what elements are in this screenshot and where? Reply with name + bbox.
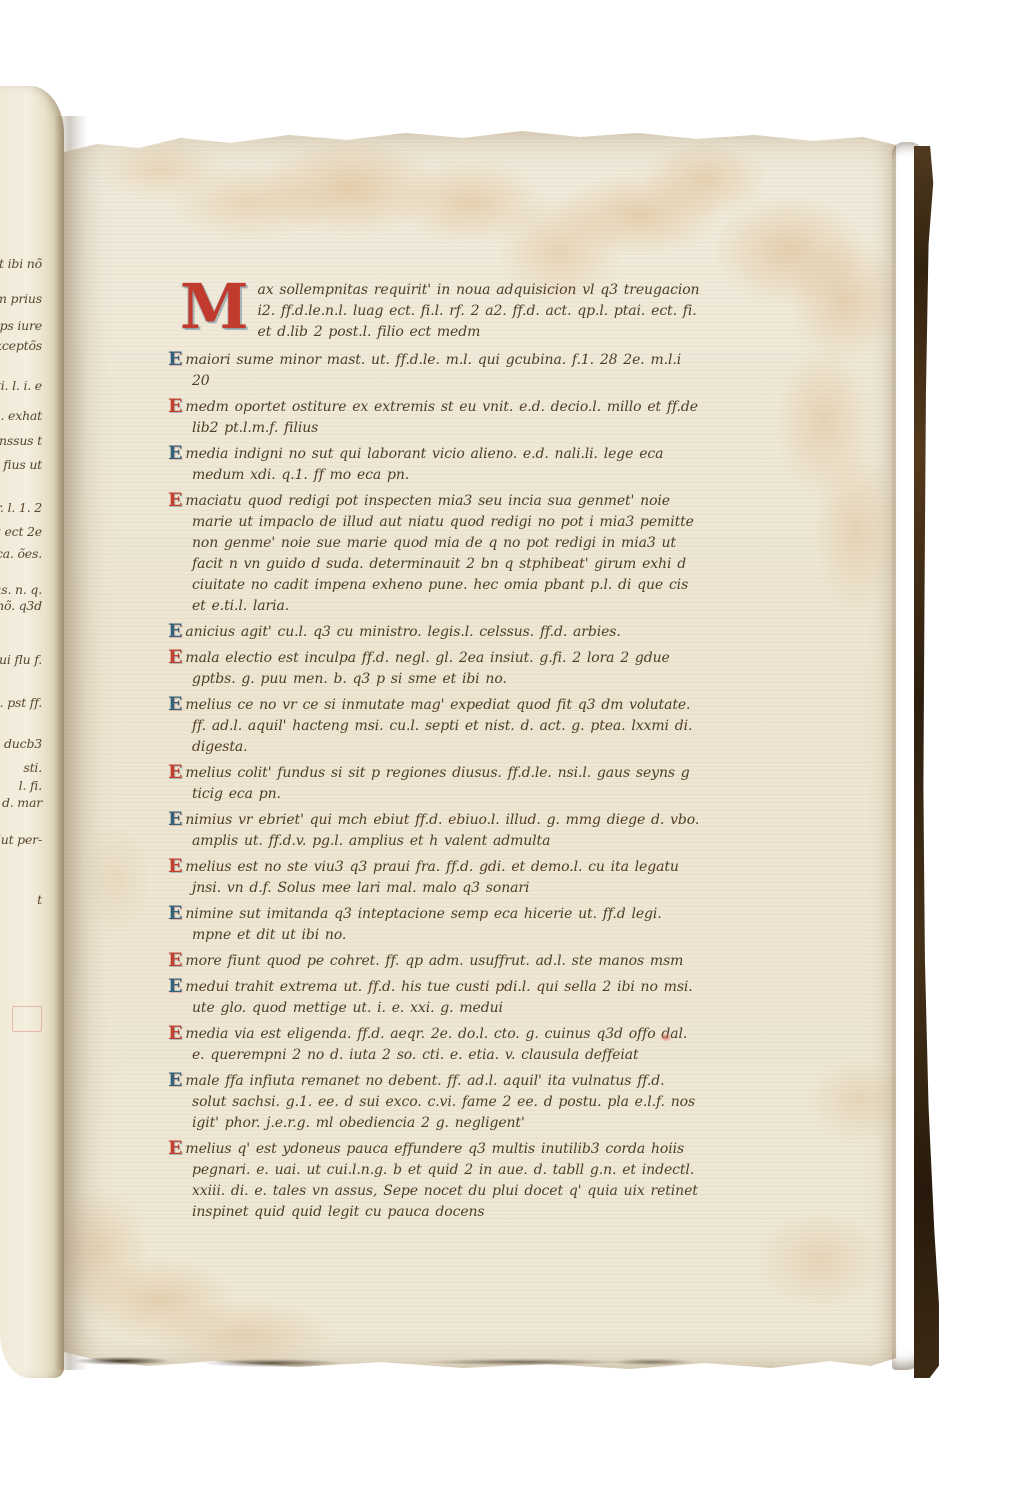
manuscript-paragraph: Emaciatu quod redigi pot inspecten mia3 … [180,490,702,617]
manuscript-paragraph: Emedui trahit extrema ut. ff.d. his tue … [180,976,702,1019]
facing-line-fragment: 1. l. pst ff. [0,695,42,710]
facing-line-fragment: e. d. mar [0,795,42,810]
paragraph-initial: E [180,397,182,416]
paragraph-initial: E [180,648,182,667]
manuscript-paragraph: Enimine sut imitanda q3 inteptacione sem… [180,903,702,946]
manuscript-paragraph: Emore fiunt quod pe cohret. ff. qp adm. … [180,950,702,972]
paragraph-initial: E [180,491,182,510]
paragraph-text: media indigni no sut qui laborant vicio … [185,446,663,483]
paragraph-initial: E [180,904,182,923]
facing-line-fragment: fius ut [3,457,42,472]
facing-line-fragment: rem prius [0,291,42,306]
facing-line-fragment: ca. ões. [0,546,42,561]
paragraph-initial: E [180,622,182,641]
paragraph-text: melius colit' fundus si sit p regiones d… [185,765,689,802]
paragraph-text: nimine sut imitanda q3 inteptacione semp… [185,906,661,943]
manuscript-paragraph: Eanicius agit' cu.l. q3 cu ministro. leg… [180,621,702,643]
facing-line-fragment: t [37,892,42,907]
manuscript-paragraph: Emaiori sume minor mast. ut. ff.d.le. m.… [180,349,702,392]
facing-line-fragment: ius. n. q. [0,582,42,597]
paragraph-text: melius ce no vr ce si inmutate mag' expe… [185,697,692,755]
paragraph-initial: E [180,977,182,996]
paragraph-text: media via est eligenda. ff.d. aeqr. 2e. … [185,1026,687,1063]
paragraph-initial: E [180,951,182,970]
paragraph-initial: E [180,810,182,829]
manuscript-paragraph: Emelius est no ste viu3 q3 praui fra. ff… [180,856,702,899]
paragraph-text: medui trahit extrema ut. ff.d. his tue c… [185,979,692,1016]
manuscript-paragraph: Emelius colit' fundus si sit p regiones … [180,762,702,805]
paragraph-text: more fiunt quod pe cohret. ff. qp adm. u… [185,953,683,969]
manuscript-paragraph: Emelius q' est ydoneus pauca effundere q… [180,1138,702,1223]
paragraph-text: melius est no ste viu3 q3 praui fra. ff.… [185,859,678,896]
manuscript-photograph: et ibi nõ rem prius erã ips iure exceptõ… [0,0,1026,1500]
manuscript-text-block: Max sollempnitas requirit' in noua adqui… [180,280,702,1227]
manuscript-paragraph: Emala electio est inculpa ff.d. negl. gl… [180,647,702,690]
facing-line-fragment: nõ. q3d [0,598,42,613]
paragraph-text: ax sollempnitas requirit' in noua adquis… [258,282,700,340]
facing-line-fragment: l. fi. [19,778,42,793]
manuscript-paragraph: Emale ffa infiuta remanet no debent. ff.… [180,1070,702,1134]
paragraph-initial: E [180,444,182,463]
paragraph-initial: E [180,1024,182,1043]
paragraph-text: male ffa infiuta remanet no debent. ff. … [185,1073,695,1131]
paragraph-text: maciatu quod redigi pot inspecten mia3 s… [185,493,693,614]
paragraph-initial: E [180,763,182,782]
manuscript-recto-page: Max sollempnitas requirit' in noua adqui… [64,130,896,1370]
paragraph-initial: E [180,1139,182,1158]
facing-line-fragment: onssus t [0,433,42,448]
paragraph-initial: E [180,350,182,369]
facing-line-fragment: l. cu ducb3 [0,736,42,751]
paragraph-initial: E [180,1071,182,1090]
facing-line-fragment: mt ect 2e [0,524,42,539]
paragraph-text: anicius agit' cu.l. q3 cu ministro. legi… [185,624,620,640]
facing-line-fragment: eti. l. i. e [0,378,42,393]
illuminated-initial-M: M [180,282,249,332]
manuscript-paragraph: Max sollempnitas requirit' in noua adqui… [180,280,702,343]
facing-line-fragment: liber. l. 1. 2 [0,500,42,515]
facing-line-fragment: fiut per- [0,832,42,847]
manuscript-paragraph: Emedia via est eligenda. ff.d. aeqr. 2e.… [180,1023,702,1066]
paragraph-initial: E [180,857,182,876]
paragraph-text: maiori sume minor mast. ut. ff.d.le. m.l… [185,352,681,389]
paragraph-text: nimius vr ebriet' qui mch ebiut ff.d. eb… [185,812,699,849]
binding-edge [914,146,940,1378]
paragraph-initial: E [180,695,182,714]
binding-bottom-sliver [72,1356,692,1370]
faint-red-ruling-box [12,1006,42,1032]
facing-line-fragment: sti. [23,760,42,775]
manuscript-paragraph: Enimius vr ebriet' qui mch ebiut ff.d. e… [180,809,702,852]
facing-line-fragment: exceptõs [0,338,42,353]
paragraph-text: mala electio est inculpa ff.d. negl. gl.… [185,650,669,687]
facing-line-fragment: l. exhat [0,408,42,423]
facing-line-fragment: et ibi nõ [0,256,42,271]
red-margin-mark [660,1033,672,1042]
paragraph-text: melius q' est ydoneus pauca effundere q3… [185,1141,697,1220]
manuscript-paragraph: Emedm oportet ostiture ex extremis st eu… [180,396,702,439]
facing-line-fragment: diui flu f. [0,652,42,667]
facing-line-fragment: erã ips iure [0,318,42,333]
manuscript-paragraph: Emedia indigni no sut qui laborant vicio… [180,443,702,486]
manuscript-paragraph: Emelius ce no vr ce si inmutate mag' exp… [180,694,702,758]
paragraph-text: medm oportet ostiture ex extremis st eu … [185,399,698,436]
